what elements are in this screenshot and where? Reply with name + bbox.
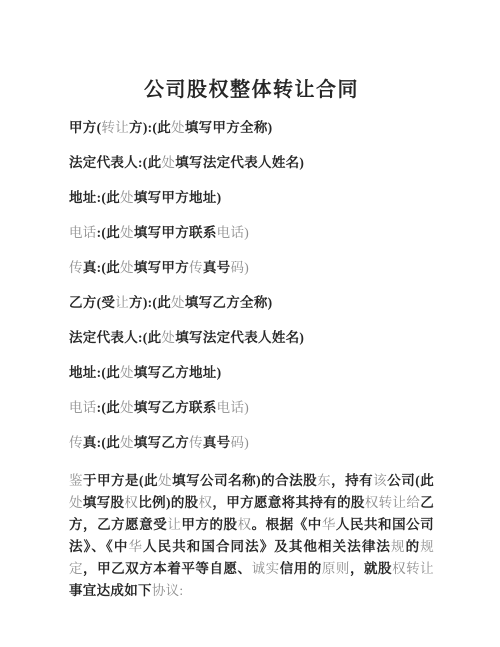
light-text-run: 码) [230,435,249,450]
light-text-run: 规 [391,539,406,554]
party-b-address-line: 地址:(此处填写乙方地址) [69,365,434,381]
bold-text-run: 法定代表人:(此 [69,155,161,170]
bold-text-run: ，就股 [350,561,392,576]
light-text-run: 转让 [101,120,129,135]
bold-text-run: 事宜达成如下 [69,583,152,598]
light-text-run: 权 [199,495,213,510]
bold-text-run: 填写乙方全称) [185,295,273,310]
bold-text-run: 填写乙方 [134,435,189,450]
bold-text-run: 法定代表人:(此 [69,330,161,345]
light-text-run: 传 [189,435,203,450]
bold-text-run: ，甲乙双方本着平等自愿、 [83,561,252,576]
bold-text-run: 填写股 [83,495,125,510]
bold-text-run: 真号 [203,260,231,275]
light-text-run: 处 [161,155,175,170]
party-b-name-line: 乙方(受让方):(此处填写乙方全称) [69,295,434,311]
bold-text-run: 填写法定代表人姓名) [175,330,304,345]
light-text-run: 原则 [322,561,350,576]
bold-text-run: 真号 [203,435,231,450]
bold-text-run: 方):(此 [129,295,171,310]
bold-text-run: 地址:(此 [69,190,120,205]
light-text-run: 权转让给 [365,495,420,510]
bold-text-run: 地址:(此 [69,365,120,380]
party-a-address-line: 地址:(此处填写甲方地址) [69,190,434,206]
party-info-section: 甲方(转让方):(此处填写甲方全称)法定代表人:(此处填写法定代表人姓名)地址:… [69,120,434,451]
light-text-run: 协议: [152,583,184,598]
light-text-run: 诚实 [252,561,280,576]
bold-text-run: :(此 [97,225,120,240]
bold-text-run: 甲方( [69,120,101,135]
preamble-paragraph: 鉴于甲方是(此处填写公司名称)的合法股东，持有该公司(此处填写股权比例)的股权，… [69,470,434,602]
light-text-run: 处 [171,120,185,135]
document-title: 公司股权整体转让合同 [69,78,434,102]
bold-text-run: 信用的 [280,561,322,576]
light-text-run: 传 [69,435,83,450]
light-text-run: 权 [238,517,252,532]
bold-text-run: 真:(此 [83,260,120,275]
bold-text-run: 甲方的股 [181,517,237,532]
bold-text-run: ，甲方愿意将其持有的股 [212,495,364,510]
bold-text-run: 比例)的股 [138,495,198,510]
bold-text-run: 填写甲方联系 [134,225,217,240]
bold-text-run: 填写乙方联系 [134,400,217,415]
contract-document: 公司股权整体转让合同 甲方(转让方):(此处填写甲方全称)法定代表人:(此处填写… [0,0,500,647]
bold-text-run: 填写甲方地址) [134,190,222,205]
light-text-run: 处 [69,495,83,510]
light-text-run: 码) [230,260,249,275]
bold-text-run: 填写甲方 [134,260,189,275]
party-b-legal-rep-line: 法定代表人:(此处填写法定代表人姓名) [69,330,434,346]
light-text-run: 电话) [217,225,249,240]
light-text-run: 电话) [217,400,249,415]
bold-text-run: 的 [406,539,421,554]
bold-text-run: 填写乙方地址) [134,365,222,380]
light-text-run: 该 [373,473,387,488]
bold-text-run: 乙方(受 [69,295,115,310]
light-text-run: 处 [120,400,134,415]
light-text-run: 鉴 [69,473,83,488]
light-text-run: 处 [120,225,134,240]
light-text-run: 处 [120,435,134,450]
bold-text-run: 填写法定代表人姓名) [175,155,304,170]
bold-text-run: 。根据《中 [252,517,322,532]
bold-text-run: 填写甲方全称) [185,120,273,135]
party-a-fax-line: 传真:(此处填写甲方传真号码) [69,260,434,276]
bold-text-run: :(此 [97,400,120,415]
light-text-run: 电话 [69,225,97,240]
bold-text-run: ，持有 [331,473,373,488]
light-text-run: 处 [120,365,134,380]
party-a-phone-line: 电话:(此处填写甲方联系电话) [69,225,434,241]
light-text-run: 华 [128,539,143,554]
light-text-run: 让 [167,517,181,532]
bold-text-run: 公司(此 [387,473,434,488]
light-text-run: 传 [69,260,83,275]
bold-text-run: 方):(此 [129,120,171,135]
light-text-run: 华 [322,517,336,532]
light-text-run: 让 [115,295,129,310]
light-text-run: 权转让 [392,561,434,576]
light-text-run: 处 [158,473,172,488]
bold-text-run: 于甲方是(此 [83,473,158,488]
party-b-fax-line: 传真:(此处填写乙方传真号码) [69,435,434,451]
light-text-run: 权 [124,495,138,510]
bold-text-run: 人民共和国合同法》及其他相关法律法 [143,539,391,554]
party-a-name-line: 甲方(转让方):(此处填写甲方全称) [69,120,434,136]
light-text-run: 电话 [69,400,97,415]
party-a-legal-rep-line: 法定代表人:(此处填写法定代表人姓名) [69,155,434,171]
light-text-run: 处 [171,295,185,310]
bold-text-run: 真:(此 [83,435,120,450]
light-text-run: 东 [317,473,331,488]
light-text-run: 处 [120,190,134,205]
party-b-phone-line: 电话:(此处填写乙方联系电话) [69,400,434,416]
bold-text-run: 填写公司名称)的合法股 [172,473,317,488]
light-text-run: 处 [120,260,134,275]
light-text-run: 传 [189,260,203,275]
light-text-run: 处 [161,330,175,345]
